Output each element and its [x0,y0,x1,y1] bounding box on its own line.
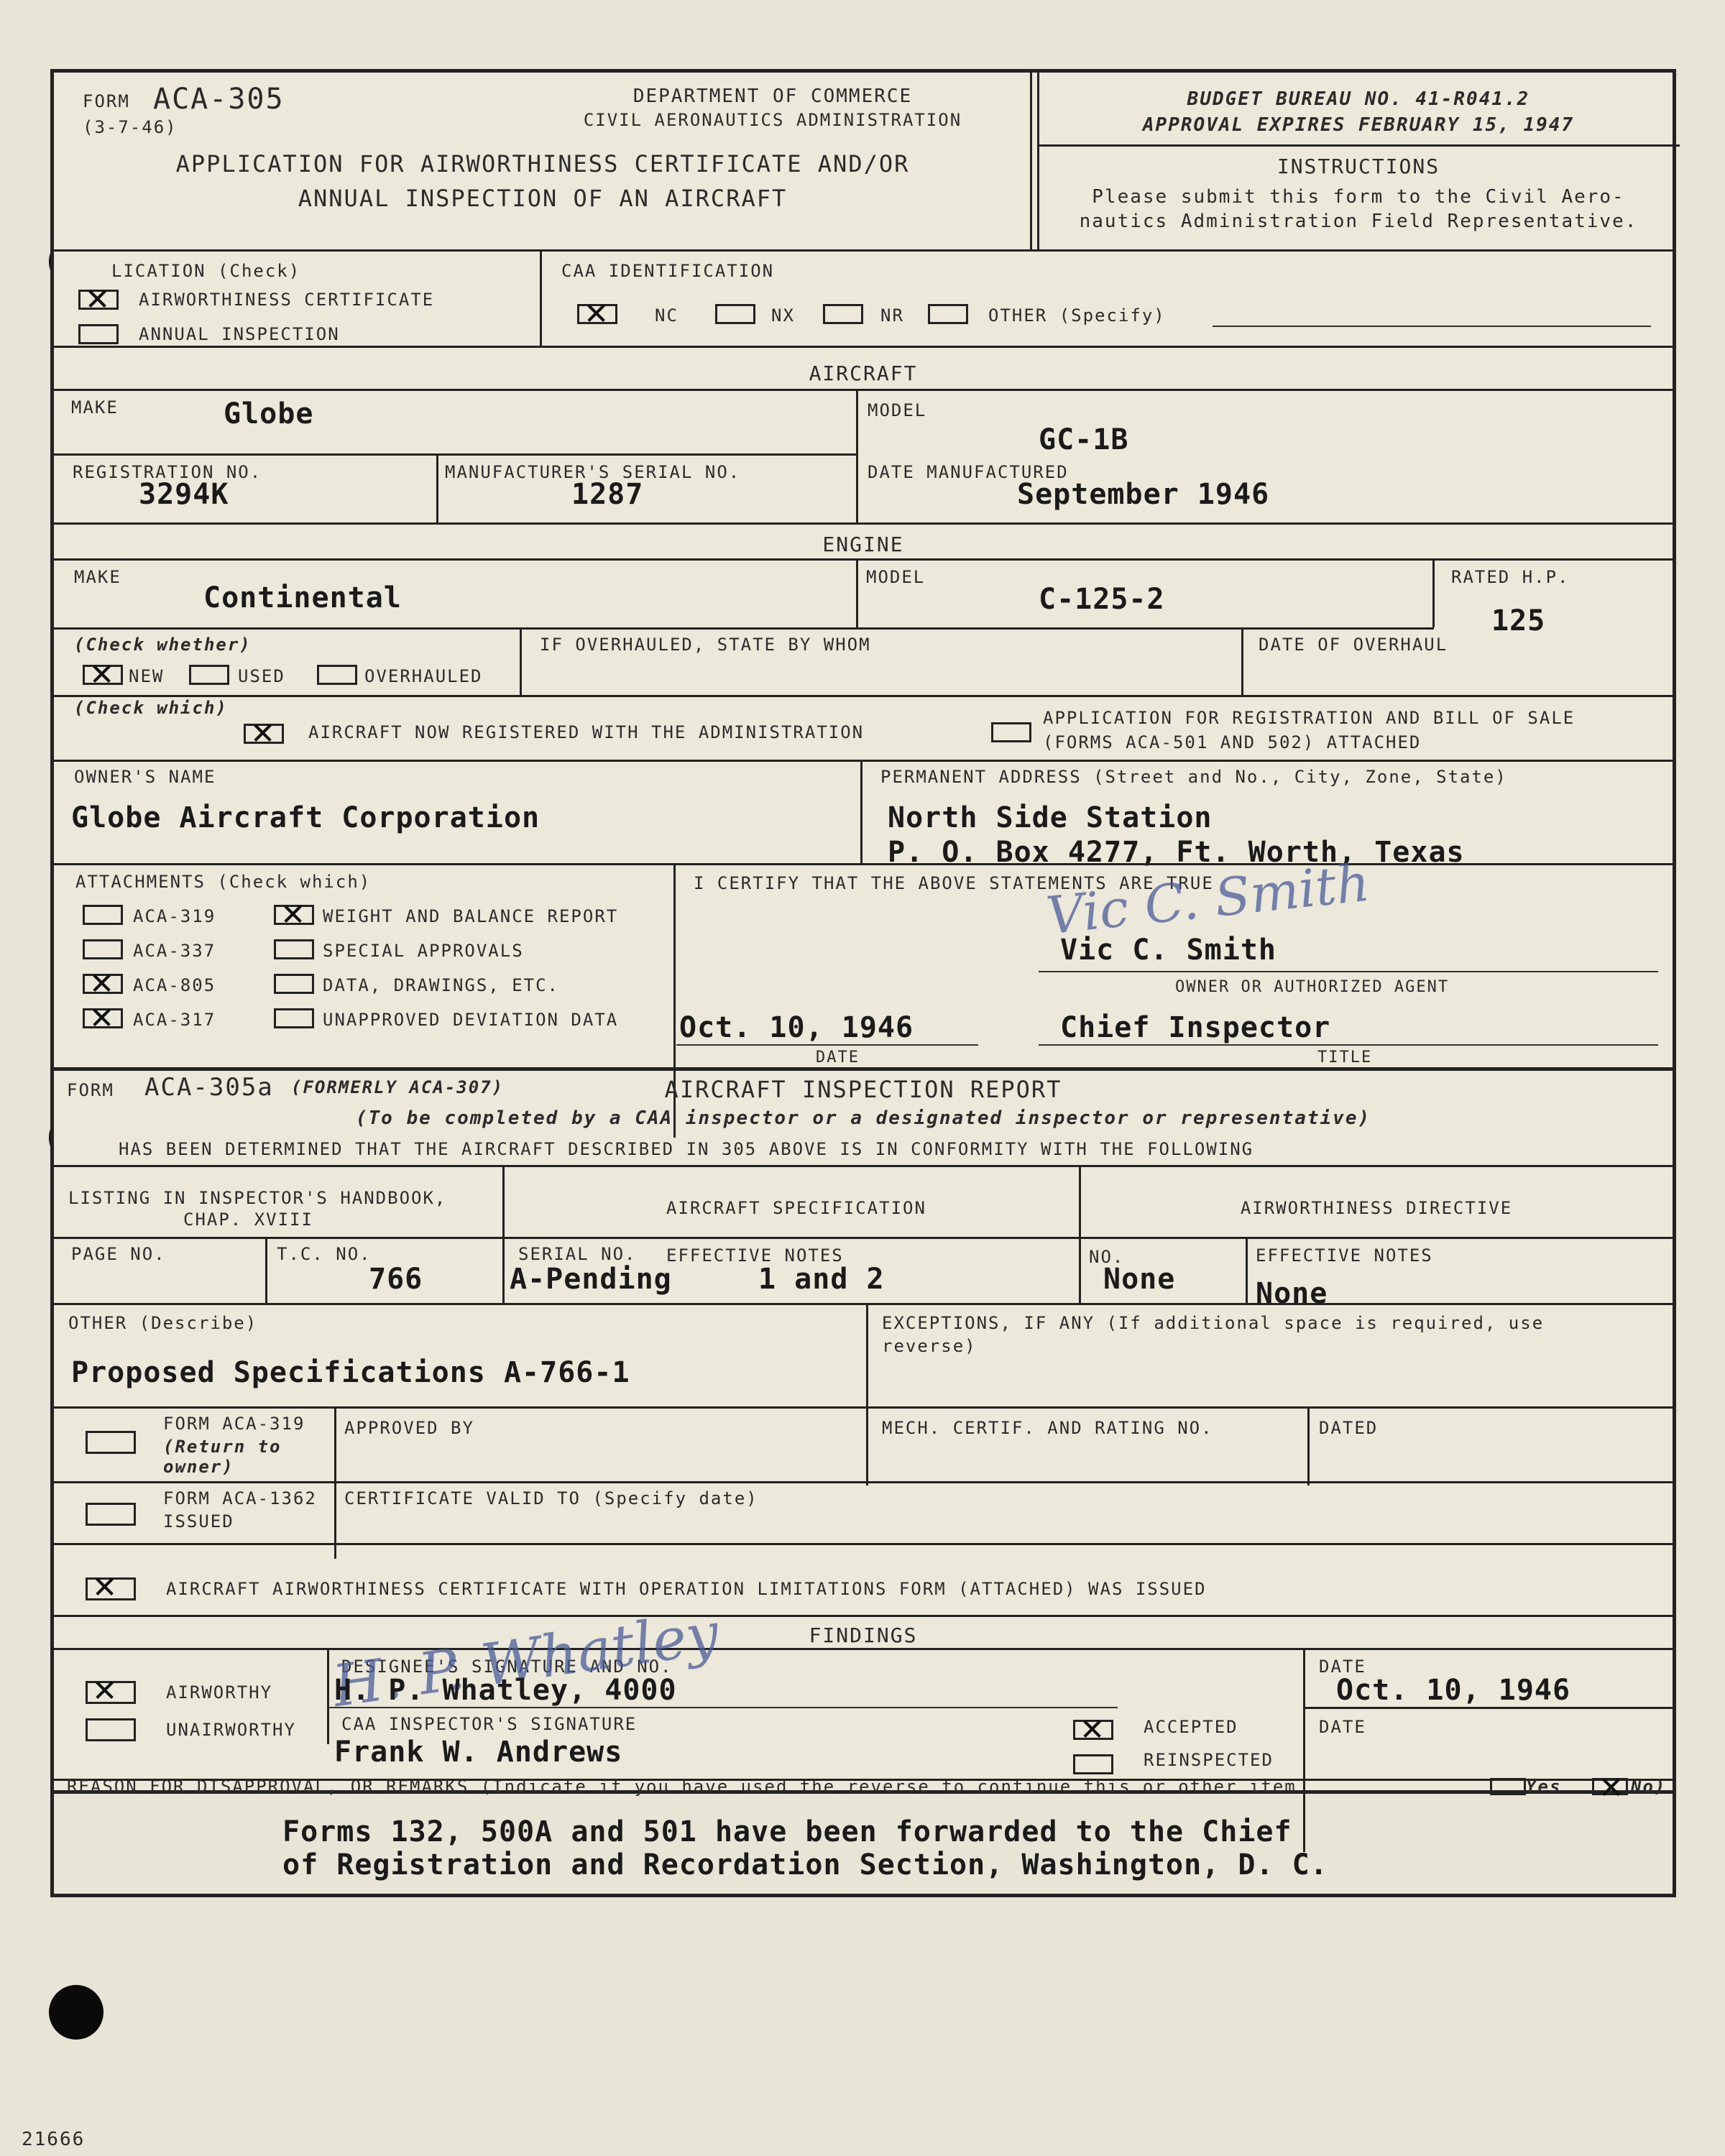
weight-balance-label: WEIGHT AND BALANCE REPORT [323,906,618,926]
remarks-yes-checkbox[interactable] [1490,1778,1526,1795]
listing-label-line-2: CHAP. XVIII [183,1210,313,1230]
attachment-aca-317-checkbox[interactable] [83,1008,123,1028]
attachment-aca-337-label: ACA-337 [133,941,216,961]
certification-date-label: DATE [816,1049,860,1067]
remarks-line-1: Forms 132, 500A and 501 have been forwar… [282,1815,1292,1848]
caa-inspector-value: Frank W. Andrews [334,1736,622,1769]
annual-inspection-label: ANNUAL INSPECTION [139,324,340,344]
airworthiness-certificate-checkbox[interactable] [78,290,119,310]
weight-balance-checkbox[interactable] [274,905,314,925]
check-whether-label: (Check whether) [74,635,252,655]
aircraft-make-value: Globe [224,397,313,430]
nr-checkbox[interactable] [823,304,863,324]
caa-inspector-label: CAA INSPECTOR'S SIGNATURE [341,1714,637,1734]
rated-hp-value: 125 [1491,604,1545,637]
registration-application-line-1: APPLICATION FOR REGISTRATION AND BILL OF… [1043,708,1575,728]
attachment-aca-317-label: ACA-317 [133,1010,216,1030]
registration-application-line-2: (FORMS ACA-501 AND 502) ATTACHED [1043,732,1421,752]
findings-date-value: Oct. 10, 1946 [1336,1674,1570,1707]
accepted-label: ACCEPTED [1144,1717,1238,1737]
date-manufactured-value: September 1946 [1017,478,1269,511]
engine-overhauled-checkbox[interactable] [317,665,357,685]
overhaul-date-label: DATE OF OVERHAUL [1259,635,1448,655]
punch-hole-bottom [49,1985,103,2040]
approved-by-label: APPROVED BY [344,1418,474,1438]
directive-no-value: None [1103,1263,1175,1296]
aircraft-section-title: AIRCRAFT [54,361,1673,385]
form-1362-line-1: FORM ACA-1362 [163,1488,317,1508]
document-stamp-number: 21666 [22,2129,85,2150]
dated-label: DATED [1319,1418,1378,1438]
nc-label: NC [655,305,678,326]
engine-overhauled-label: OVERHAULED [364,666,483,686]
check-which-label: (Check which) [74,698,228,718]
mech-cert-label: MECH. CERTIF. AND RATING NO. [882,1418,1213,1438]
certificate-issued-checkbox[interactable] [86,1577,136,1600]
form-319-line-2: (Return to [163,1437,282,1457]
spec-notes-value: 1 and 2 [758,1263,885,1296]
annual-inspection-checkbox[interactable] [78,324,119,344]
manufacturer-serial-value: 1287 [571,478,643,511]
listing-label-line-1: LISTING IN INSPECTOR'S HANDBOOK, [68,1188,446,1208]
airworthiness-certificate-label: AIRWORTHINESS CERTIFICATE [139,290,434,310]
administration-name: CIVIL AERONAUTICS ADMINISTRATION [514,110,1031,130]
form-date: (3-7-46) [83,117,178,137]
form-1362-line-2: ISSUED [163,1511,234,1531]
permanent-address-label: PERMANENT ADDRESS (Street and No., City,… [880,767,1507,787]
report-title: AIRCRAFT INSPECTION REPORT [54,1076,1673,1103]
unapproved-deviation-checkbox[interactable] [274,1008,314,1028]
attachment-aca-319-checkbox[interactable] [83,905,123,925]
designee-value: H. P. Whatley, 4000 [334,1674,677,1707]
approval-expiration: APPROVAL EXPIRES FEBRUARY 15, 1947 [1046,114,1671,136]
attachments-label: ATTACHMENTS (Check which) [75,872,371,892]
remarks-no-checkbox[interactable] [1592,1778,1628,1795]
engine-new-label: NEW [129,666,164,686]
engine-used-label: USED [238,666,285,686]
nx-checkbox[interactable] [715,304,755,324]
engine-make-label: MAKE [74,567,121,587]
aircraft-model-value: GC-1B [1039,423,1128,456]
data-drawings-checkbox[interactable] [274,974,314,994]
rated-hp-label: RATED H.P. [1451,567,1570,587]
certification-title-label: TITLE [1317,1049,1372,1067]
certification-title-value: Chief Inspector [1060,1011,1330,1044]
attachment-aca-337-checkbox[interactable] [83,939,123,959]
exceptions-label-line-2: reverse) [882,1336,977,1356]
airworthy-checkbox[interactable] [86,1681,136,1704]
unairworthy-checkbox[interactable] [86,1718,136,1741]
report-subtitle: (To be completed by a CAA inspector or a… [54,1107,1673,1129]
nx-label: NX [771,305,795,326]
reinspected-label: REINSPECTED [1144,1750,1274,1770]
aircraft-registered-label: AIRCRAFT NOW REGISTERED WITH THE ADMINIS… [308,722,864,742]
form-title-line-2: ANNUAL INSPECTION OF AN AIRCRAFT [97,185,988,212]
aircraft-registered-checkbox[interactable] [244,724,284,744]
exceptions-label-line-1: EXCEPTIONS, IF ANY (If additional space … [882,1313,1544,1333]
form-319-line-3: owner) [163,1457,234,1477]
aircraft-specification-label: AIRCRAFT SPECIFICATION [504,1198,1089,1218]
owner-name-label: OWNER'S NAME [74,767,216,787]
other-checkbox[interactable] [928,304,968,324]
findings-title: FINDINGS [54,1623,1673,1647]
form-319-checkbox[interactable] [86,1431,136,1454]
page-no-label: PAGE NO. [71,1244,166,1264]
signer-label: OWNER OR AUTHORIZED AGENT [1175,978,1449,996]
caa-identification-label: CAA IDENTIFICATION [561,261,774,281]
engine-new-checkbox[interactable] [83,665,123,685]
other-describe-label: OTHER (Describe) [68,1313,257,1333]
special-approvals-checkbox[interactable] [274,939,314,959]
remarks-section: REASON FOR DISAPPROVAL, OR REMARKS (Indi… [50,1775,1676,1897]
attachment-aca-805-label: ACA-805 [133,975,216,995]
form-1362-checkbox[interactable] [86,1503,136,1526]
directive-notes-value: None [1256,1277,1328,1310]
form-label: FORM [83,91,130,111]
tc-no-value: 766 [369,1263,423,1296]
address-line-1: North Side Station [888,801,1212,834]
special-approvals-label: SPECIAL APPROVALS [323,941,524,961]
attachment-aca-319-label: ACA-319 [133,906,216,926]
signer-name: Vic C. Smith [1060,934,1276,967]
nc-checkbox[interactable] [577,304,617,324]
instructions-line-2: nautics Administration Field Representat… [1046,211,1671,232]
airworthiness-directive-label: AIRWORTHINESS DIRECTIVE [1080,1198,1673,1218]
instructions-line-1: Please submit this form to the Civil Aer… [1046,186,1671,208]
other-specify-field[interactable] [1213,326,1651,327]
owner-name-value: Globe Aircraft Corporation [71,801,540,834]
serial-no-value: A-Pending [510,1263,672,1296]
unairworthy-label: UNAIRWORTHY [166,1720,296,1740]
form-319-line-1: FORM ACA-319 [163,1414,305,1434]
overhauled-by-label: IF OVERHAULED, STATE BY WHOM [540,635,871,655]
engine-make-value: Continental [203,581,402,614]
certification-date-value: Oct. 10, 1946 [679,1011,914,1044]
form-number: ACA-305 [153,83,285,116]
reinspected-checkbox[interactable] [1073,1754,1113,1774]
remarks-label: REASON FOR DISAPPROVAL, OR REMARKS (Indi… [67,1777,1297,1797]
department-name: DEPARTMENT OF COMMERCE [557,86,988,107]
engine-used-checkbox[interactable] [189,665,229,685]
attachment-aca-805-checkbox[interactable] [83,974,123,994]
instructions-title: INSTRUCTIONS [1046,155,1671,178]
directive-notes-label: EFFECTIVE NOTES [1256,1245,1433,1266]
remarks-line-2: of Registration and Recordation Section,… [282,1848,1328,1881]
data-drawings-label: DATA, DRAWINGS, ETC. [323,975,559,995]
engine-model-value: C-125-2 [1039,583,1165,616]
nr-label: NR [880,305,904,326]
serial-no-label: SERIAL NO. [518,1244,637,1264]
form-aca-305: FORM ACA-305 (3-7-46) DEPARTMENT OF COMM… [50,69,1676,1794]
aircraft-model-label: MODEL [868,400,926,420]
certificate-issued-label: AIRCRAFT AIRWORTHINESS CERTIFICATE WITH … [166,1579,1207,1599]
certificate-valid-to-label: CERTIFICATE VALID TO (Specify date) [344,1488,758,1508]
unapproved-deviation-label: UNAPPROVED DEVIATION DATA [323,1010,618,1030]
aircraft-make-label: MAKE [71,397,119,418]
findings-date2-label: DATE [1319,1717,1366,1737]
registration-number-value: 3294K [139,478,229,511]
airworthy-label: AIRWORTHY [166,1682,272,1703]
remarks-yes-label: Yes [1526,1777,1561,1797]
document-page: FORM ACA-305 (3-7-46) DEPARTMENT OF COMM… [0,0,1725,2156]
accepted-checkbox[interactable] [1073,1720,1113,1740]
form-title-line-1: APPLICATION FOR AIRWORTHINESS CERTIFICAT… [97,150,988,178]
conformity-statement: HAS BEEN DETERMINED THAT THE AIRCRAFT DE… [119,1139,1253,1159]
engine-section-title: ENGINE [54,533,1673,556]
registration-application-checkbox[interactable] [991,722,1031,742]
other-label: OTHER (Specify) [988,305,1166,326]
budget-bureau-number: BUDGET BUREAU NO. 41-R041.2 [1046,88,1671,110]
engine-model-label: MODEL [866,567,925,587]
tc-no-label: T.C. NO. [277,1244,372,1264]
application-label: LICATION (Check) [111,261,300,281]
remarks-no-label: No) [1631,1777,1666,1797]
other-describe-value: Proposed Specifications A-766-1 [71,1356,630,1389]
